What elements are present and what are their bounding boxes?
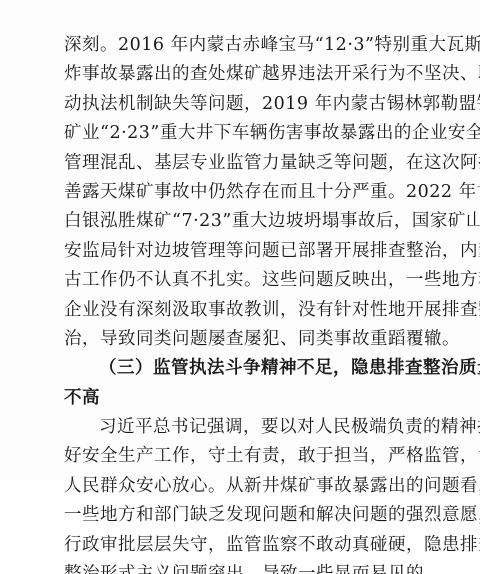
text-line: 好安全生产工作，守土有责，敢于担当，严格监管，让 bbox=[64, 442, 422, 471]
document-body: 深刻。2016 年内蒙古赤峰宝马“12·3”特别重大瓦斯爆 炸事故暴露出的查处煤… bbox=[64, 31, 422, 480]
text-line: 安监局针对边坡管理等问题已部署开展排查整治，内蒙 bbox=[64, 237, 422, 266]
text-line: 动执法机制缺失等问题，2019 年内蒙古锡林郭勒盟银漫 bbox=[64, 90, 422, 119]
document-page: 深刻。2016 年内蒙古赤峰宝马“12·3”特别重大瓦斯爆 炸事故暴露出的查处煤… bbox=[0, 0, 480, 480]
text-line: 习近平总书记强调，要以对人民极端负责的精神抓 bbox=[64, 413, 422, 442]
text-line: 白银泓胜煤矿“7·23”重大边坡坍塌事故后，国家矿山 bbox=[64, 207, 422, 236]
text-line: 人民群众安心放心。从新井煤矿事故暴露出的问题看， bbox=[64, 472, 422, 480]
section-heading-continued: 不高 bbox=[64, 384, 422, 413]
section-heading: （三）监管执法斗争精神不足，隐患排查整治质量 bbox=[64, 354, 422, 383]
text-line: 治，导致同类问题屡查屡犯、同类事故重蹈覆辙。 bbox=[64, 325, 422, 354]
text-line: 企业没有深刻汲取事故教训，没有针对性地开展排查整 bbox=[64, 296, 422, 325]
text-line: 深刻。2016 年内蒙古赤峰宝马“12·3”特别重大瓦斯爆 bbox=[64, 31, 422, 60]
text-line: 善露天煤矿事故中仍然存在而且十分严重。2022 年甘肃 bbox=[64, 178, 422, 207]
text-line: 炸事故暴露出的查处煤矿越界违法开采行为不坚决、联 bbox=[64, 60, 422, 89]
text-line: 古工作仍不认真不扎实。这些问题反映出，一些地方和 bbox=[64, 266, 422, 295]
text-line: 管理混乱、基层专业监管力量缺乏等问题，在这次阿拉 bbox=[64, 149, 422, 178]
text-line: 矿业“2·23”重大井下车辆伤害事故暴露出的企业安全 bbox=[64, 119, 422, 148]
